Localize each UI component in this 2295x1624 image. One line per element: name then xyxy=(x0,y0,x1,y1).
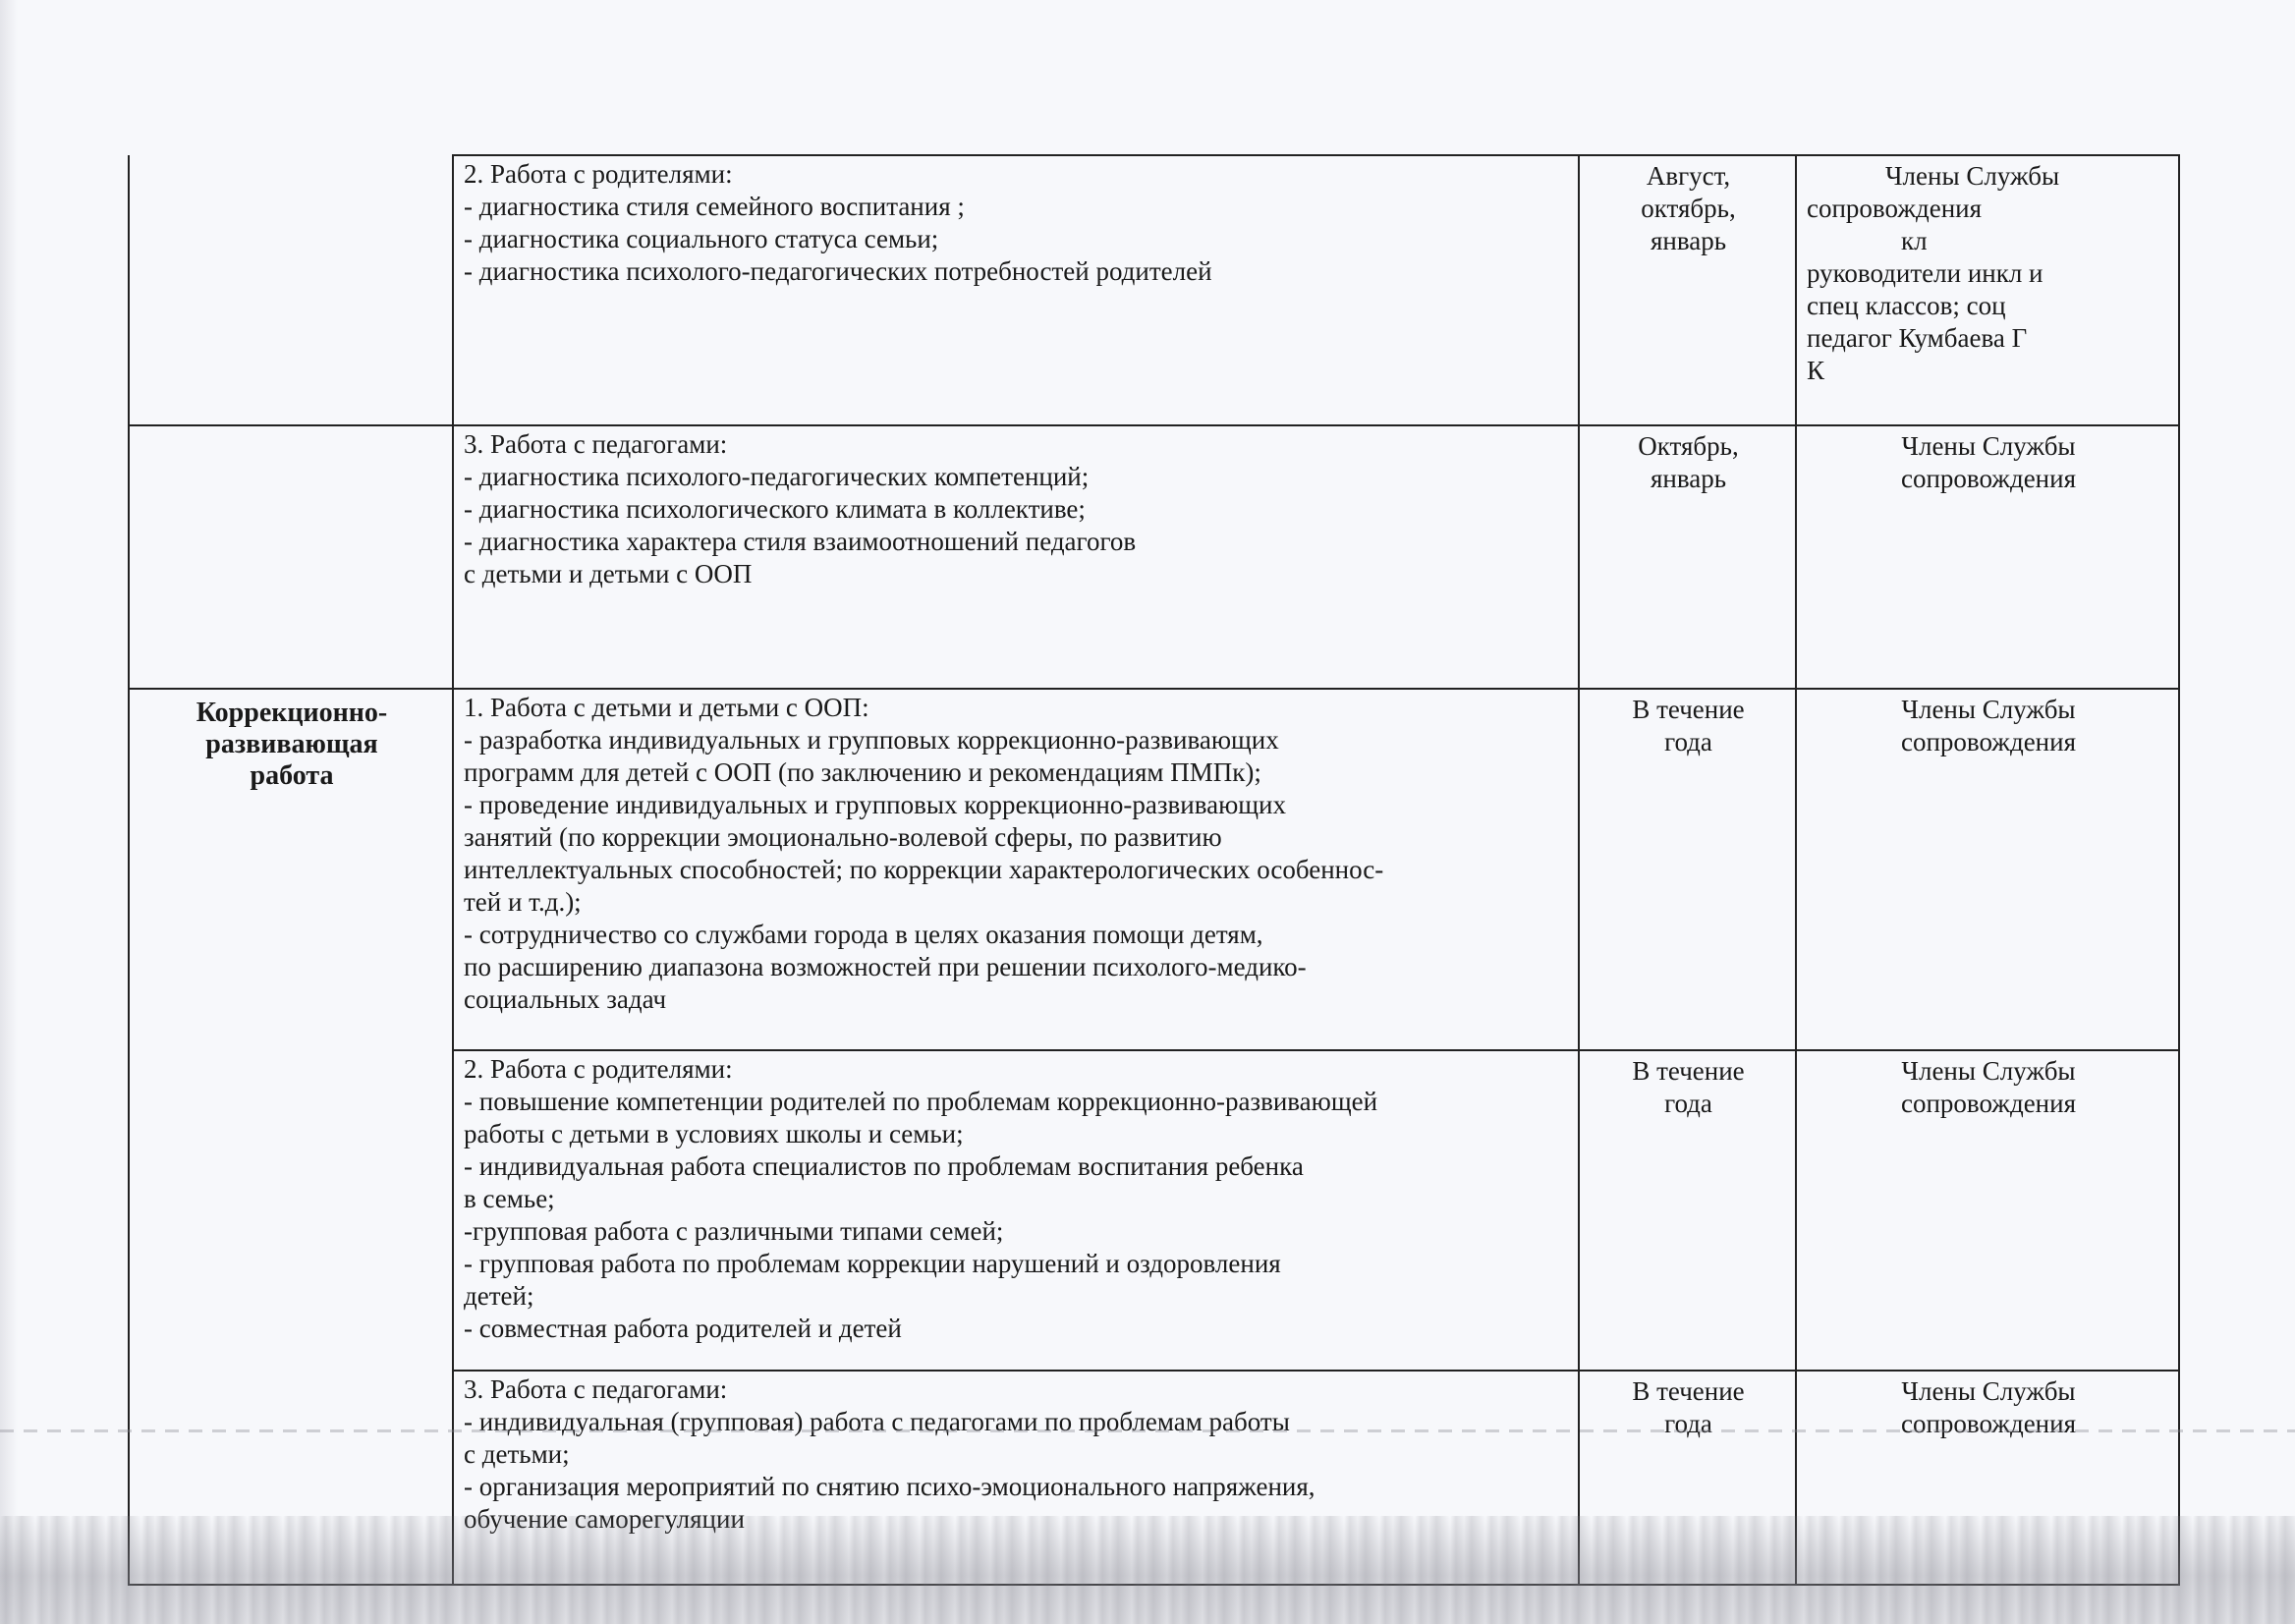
activity-cell: 2. Работа с родителями: - повышение комп… xyxy=(453,1050,1579,1371)
timing-cell: В течение года xyxy=(1579,689,1796,1050)
scan-edge-shadow xyxy=(0,0,18,1624)
timing-cell: В течение года xyxy=(1579,1050,1796,1371)
responsible-cell: Члены Службы сопровождения xyxy=(1796,1371,2179,1585)
timing-text: года xyxy=(1590,726,1787,758)
section-title: работа xyxy=(140,760,444,792)
activity-heading: 1. Работа с детьми и детьми с ООП: xyxy=(464,692,1570,724)
activity-item: детей; xyxy=(464,1280,1570,1313)
activity-cell: 1. Работа с детьми и детьми с ООП: - раз… xyxy=(453,689,1579,1050)
timing-cell: В течение года xyxy=(1579,1371,1796,1585)
activity-item: - диагностика психолого-педагогических к… xyxy=(464,461,1570,493)
timing-cell: Октябрь, январь xyxy=(1579,425,1796,689)
responsible-cell: Члены Службы сопровождения кл руководите… xyxy=(1796,155,2179,425)
table-row: Коррекционно- развивающая работа 1. Рабо… xyxy=(129,689,2179,1050)
activity-item: программ для детей с ООП (по заключению … xyxy=(464,756,1570,789)
timing-text: В течение xyxy=(1590,1055,1787,1088)
responsible-text: Члены Службы xyxy=(1807,160,2170,193)
responsible-text: К xyxy=(1807,355,2170,387)
table-row: 3. Работа с педагогами: - диагностика пс… xyxy=(129,425,2179,689)
activity-heading: 3. Работа с педагогами: xyxy=(464,428,1570,461)
responsible-cell: Члены Службы сопровождения xyxy=(1796,425,2179,689)
section-cell: Коррекционно- развивающая работа xyxy=(129,689,453,1585)
activity-item: обучение саморегуляции xyxy=(464,1503,1570,1536)
responsible-text: спец классов; соц xyxy=(1807,290,2170,322)
responsible-text: педагог Кумбаева Г xyxy=(1807,322,2170,355)
timing-text: года xyxy=(1590,1408,1787,1440)
section-title: развивающая xyxy=(140,729,444,760)
activity-item: по расширению диапазона возможностей при… xyxy=(464,951,1570,983)
activity-heading: 2. Работа с родителями: xyxy=(464,1053,1570,1086)
timing-text: В течение xyxy=(1590,1375,1787,1408)
timing-text: Октябрь, xyxy=(1590,430,1787,463)
activity-item: интеллектуальных способностей; по коррек… xyxy=(464,854,1570,886)
timing-text: Август, xyxy=(1590,160,1787,193)
timing-text: январь xyxy=(1590,225,1787,257)
timing-cell: Август, октябрь, январь xyxy=(1579,155,1796,425)
timing-text: октябрь, xyxy=(1590,193,1787,225)
section-title: Коррекционно- xyxy=(140,698,444,729)
activity-item: - разработка индивидуальных и групповых … xyxy=(464,724,1570,756)
activity-item: - проведение индивидуальных и групповых … xyxy=(464,789,1570,821)
responsible-text: руководители инкл и xyxy=(1807,257,2170,290)
activity-heading: 2. Работа с родителями: xyxy=(464,158,1570,191)
responsible-text: кл xyxy=(1807,225,2170,257)
activity-item: тей и т.д.); xyxy=(464,886,1570,919)
responsible-text: Члены Службы xyxy=(1807,694,2170,726)
activity-heading: 3. Работа с педагогами: xyxy=(464,1373,1570,1406)
table-row: 2. Работа с родителями: - диагностика ст… xyxy=(129,155,2179,425)
responsible-text: сопровождения xyxy=(1807,1088,2170,1120)
activity-item: - диагностика характера стиля взаимоотно… xyxy=(464,526,1570,558)
timing-text: В течение xyxy=(1590,694,1787,726)
activity-item: - диагностика психолого-педагогических п… xyxy=(464,255,1570,288)
responsible-text: сопровождения xyxy=(1807,1408,2170,1440)
responsible-text: сопровождения xyxy=(1807,193,2170,225)
activity-item: - сотрудничество со службами города в це… xyxy=(464,919,1570,951)
activity-item: - индивидуальная (групповая) работа с пе… xyxy=(464,1406,1570,1438)
activity-item: - диагностика социального статуса семьи; xyxy=(464,223,1570,255)
timing-text: январь xyxy=(1590,463,1787,495)
responsible-cell: Члены Службы сопровождения xyxy=(1796,689,2179,1050)
work-plan-table: 2. Работа с родителями: - диагностика ст… xyxy=(128,154,2180,1586)
activity-item: в семье; xyxy=(464,1183,1570,1215)
activity-item: - совместная работа родителей и детей xyxy=(464,1313,1570,1345)
activity-item: социальных задач xyxy=(464,983,1570,1016)
activity-item: - организация мероприятий по снятию псих… xyxy=(464,1471,1570,1503)
activity-cell: 2. Работа с родителями: - диагностика ст… xyxy=(453,155,1579,425)
activity-item: - индивидуальная работа специалистов по … xyxy=(464,1150,1570,1183)
activity-item: с детьми и детьми с ООП xyxy=(464,558,1570,590)
responsible-text: Члены Службы xyxy=(1807,1375,2170,1408)
activity-item: - групповая работа по проблемам коррекци… xyxy=(464,1248,1570,1280)
section-cell xyxy=(129,155,453,425)
activity-item: - диагностика психологического климата в… xyxy=(464,493,1570,526)
activity-item: - повышение компетенции родителей по про… xyxy=(464,1086,1570,1118)
activity-item: -групповая работа с различными типами се… xyxy=(464,1215,1570,1248)
timing-text: года xyxy=(1590,1088,1787,1120)
responsible-text: сопровождения xyxy=(1807,463,2170,495)
activity-item: - диагностика стиля семейного воспитания… xyxy=(464,191,1570,223)
responsible-text: Члены Службы xyxy=(1807,430,2170,463)
responsible-text: Члены Службы xyxy=(1807,1055,2170,1088)
responsible-text: сопровождения xyxy=(1807,726,2170,758)
activity-item: с детьми; xyxy=(464,1438,1570,1471)
activity-item: работы с детьми в условиях школы и семьи… xyxy=(464,1118,1570,1150)
activity-item: занятий (по коррекции эмоционально-волев… xyxy=(464,821,1570,854)
responsible-cell: Члены Службы сопровождения xyxy=(1796,1050,2179,1371)
section-cell xyxy=(129,425,453,689)
activity-cell: 3. Работа с педагогами: - индивидуальная… xyxy=(453,1371,1579,1585)
activity-cell: 3. Работа с педагогами: - диагностика пс… xyxy=(453,425,1579,689)
